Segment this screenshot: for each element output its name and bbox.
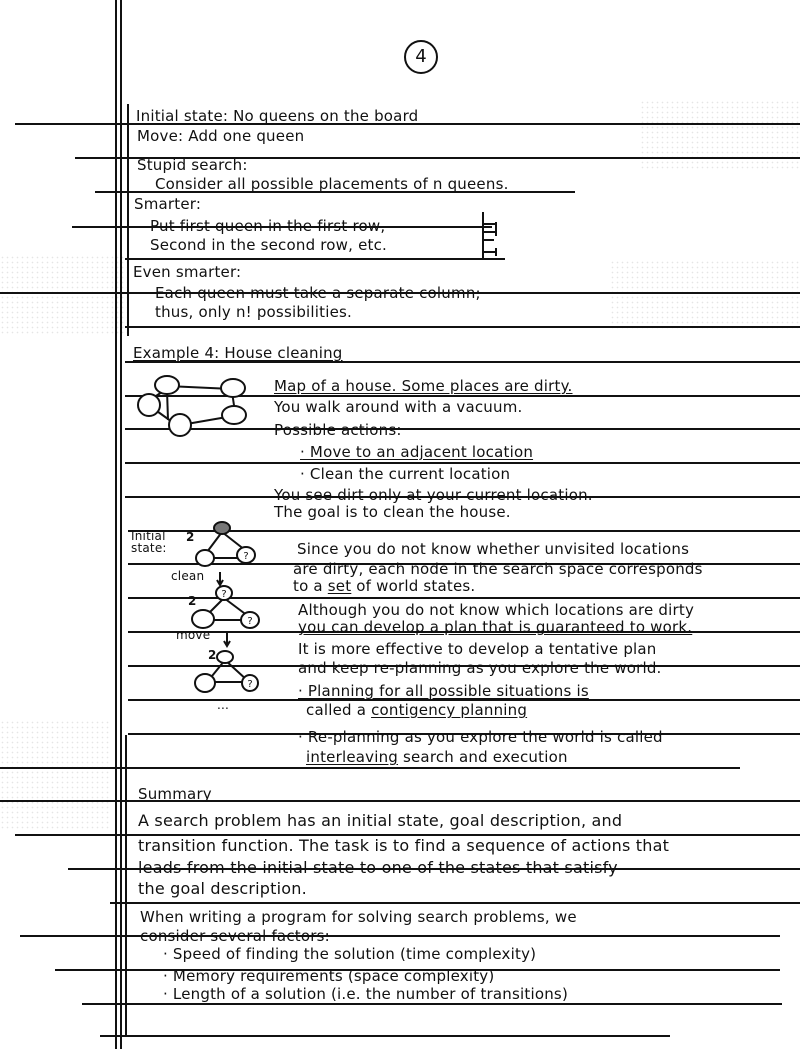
count-label: 2 bbox=[186, 529, 195, 545]
action-move: · Move to an adjacent location bbox=[300, 444, 533, 460]
count-label: 2 bbox=[188, 593, 197, 609]
move-action-label: move bbox=[176, 627, 210, 643]
smarter-line-2: Second in the second row, etc. bbox=[150, 237, 387, 253]
board-sketch-icon bbox=[478, 210, 508, 260]
factor-length: · Length of a solution (i.e. the number … bbox=[163, 986, 568, 1002]
svg-text:?: ? bbox=[243, 551, 248, 562]
effective-line-2: and keep re-planning as you explore the … bbox=[298, 660, 662, 676]
factors-intro-line-2: consider several factors: bbox=[140, 928, 330, 944]
scan-noise bbox=[0, 255, 130, 335]
scan-noise bbox=[0, 720, 110, 830]
although-line-2: you can develop a plan that is guarantee… bbox=[298, 619, 692, 635]
scan-noise bbox=[640, 100, 800, 170]
factor-memory: · Memory requirements (space complexity) bbox=[163, 968, 494, 984]
page-number: 4 bbox=[404, 40, 438, 74]
smarter-heading: Smarter: bbox=[134, 196, 201, 212]
even-smarter-line-2: thus, only n! possibilities. bbox=[155, 304, 352, 320]
replanning-line-2-b: search and execution bbox=[398, 748, 568, 766]
effective-line-1: It is more effective to develop a tentat… bbox=[298, 641, 657, 657]
interleaving-term: interleaving bbox=[306, 748, 398, 766]
ellipsis-label: ... bbox=[217, 697, 229, 713]
planning-line-2: called a contigency planning bbox=[306, 702, 527, 718]
map-line-1: Map of a house. Some places are dirty. bbox=[274, 378, 573, 394]
scanned-notes-page: 4 Initial state: No queens on the board … bbox=[0, 0, 800, 1049]
ruled-line bbox=[0, 800, 800, 802]
summary-heading: Summary bbox=[138, 786, 212, 802]
replanning-line-1: · Re-planning as you explore the world i… bbox=[298, 729, 663, 745]
ruled-line bbox=[125, 258, 505, 260]
summary-line-4: the goal description. bbox=[138, 881, 307, 897]
ruled-line bbox=[20, 935, 780, 937]
see-dirt-line: You see dirt only at your current locati… bbox=[274, 487, 593, 503]
count-label: 2 bbox=[208, 647, 217, 663]
even-smarter-heading: Even smarter: bbox=[133, 264, 241, 280]
contingency-planning-term: contigency planning bbox=[371, 701, 527, 719]
action-clean: · Clean the current location bbox=[300, 466, 510, 482]
example-4-heading: Example 4: House cleaning bbox=[133, 345, 343, 361]
stupid-search-text: Consider all possible placements of n qu… bbox=[155, 176, 509, 192]
goal-line: The goal is to clean the house. bbox=[274, 504, 511, 520]
planning-line-1: · Planning for all possible situations i… bbox=[298, 683, 589, 699]
planning-line-2-a: called a bbox=[306, 701, 371, 719]
house-map-graph-icon bbox=[135, 372, 250, 437]
since-line-3: to a set of world states. bbox=[293, 578, 475, 594]
since-line-2: are dirty, each node in the search space… bbox=[293, 561, 703, 577]
summary-line-1: A search problem has an initial state, g… bbox=[138, 813, 622, 829]
svg-text:?: ? bbox=[247, 616, 252, 627]
ruled-line bbox=[100, 1035, 670, 1037]
stupid-search-heading: Stupid search: bbox=[137, 157, 248, 173]
map-line-2: You walk around with a vacuum. bbox=[274, 399, 522, 415]
state-space-diagram-icon: ? ? ? ? bbox=[190, 520, 270, 690]
factors-intro-line-1: When writing a program for solving searc… bbox=[140, 909, 577, 925]
possible-actions-heading: Possible actions: bbox=[274, 422, 402, 438]
summary-line-2: transition function. The task is to find… bbox=[138, 838, 669, 854]
since-line-1: Since you do not know whether unvisited … bbox=[297, 541, 689, 557]
ruled-line bbox=[125, 462, 800, 464]
ruled-line bbox=[110, 902, 800, 904]
ruled-line bbox=[0, 767, 740, 769]
svg-text:?: ? bbox=[247, 679, 252, 690]
although-line-1: Although you do not know which locations… bbox=[298, 602, 694, 618]
since-line-3-b: of world states. bbox=[351, 577, 475, 595]
ruled-line bbox=[125, 326, 800, 328]
since-line-3-a: to a bbox=[293, 577, 328, 595]
smarter-line-1: Put first queen in the first row, bbox=[150, 218, 385, 234]
set-term: set bbox=[328, 577, 352, 595]
queens-initial-state: Initial state: No queens on the board bbox=[136, 108, 418, 124]
summary-line-3: leads from the initial state to one of t… bbox=[138, 860, 618, 876]
initial-state-label: Initial state: bbox=[131, 530, 177, 554]
ruled-line bbox=[82, 1003, 782, 1005]
factor-speed: · Speed of finding the solution (time co… bbox=[163, 946, 536, 962]
svg-text:?: ? bbox=[221, 589, 226, 600]
scan-noise bbox=[610, 260, 800, 330]
clean-action-label: clean bbox=[171, 568, 204, 584]
queens-move: Move: Add one queen bbox=[137, 128, 304, 144]
margin-line bbox=[125, 735, 127, 1035]
replanning-line-2: interleaving search and execution bbox=[306, 749, 568, 765]
margin-line bbox=[127, 104, 129, 336]
even-smarter-line-1: Each queen must take a separate column; bbox=[155, 285, 481, 301]
